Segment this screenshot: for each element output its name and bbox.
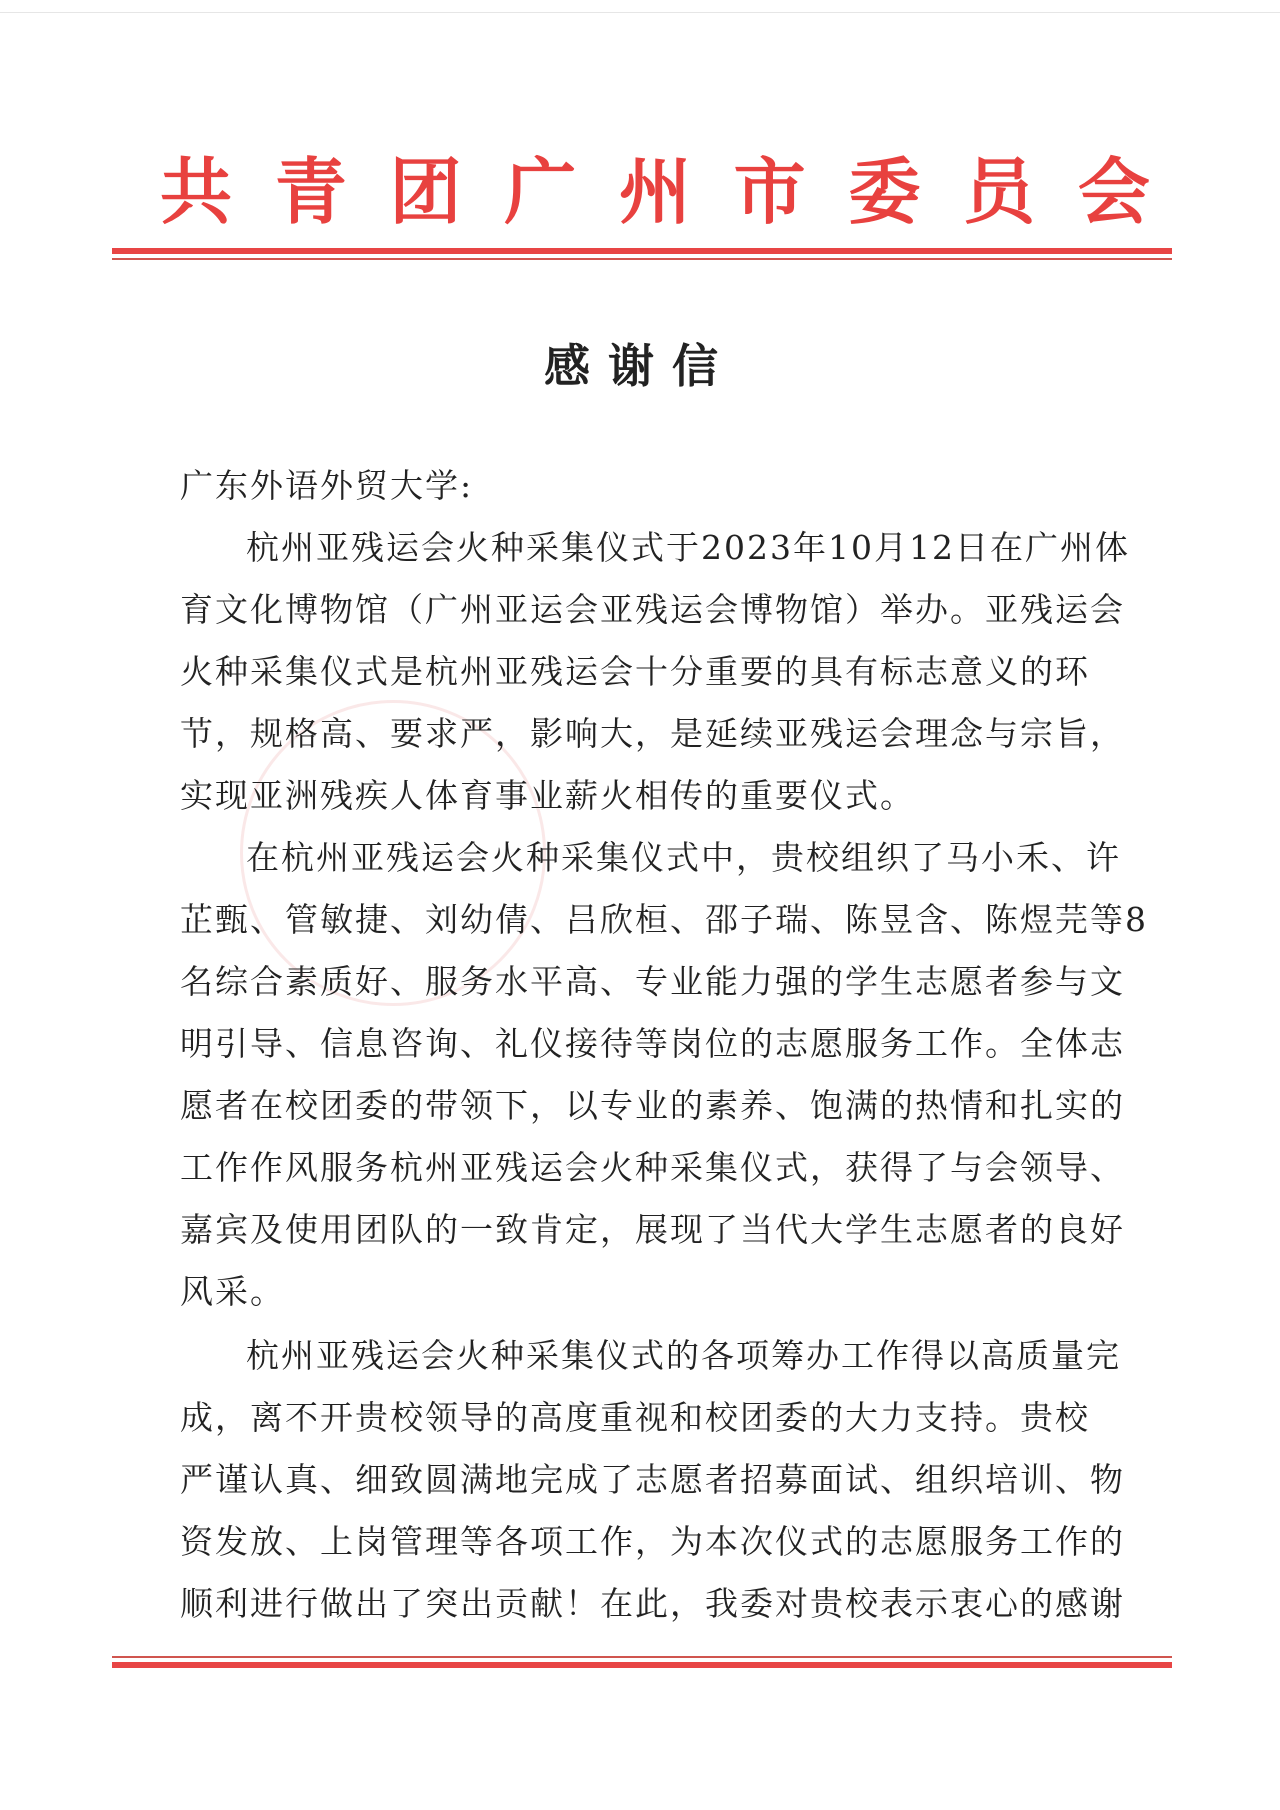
body-line: 实现亚洲残疾人体育事业薪火相传的重要仪式。 [180, 770, 915, 817]
header-rule-thin [112, 258, 1172, 260]
body-line: 顺利进行做出了突出贡献！在此，我委对贵校表示衷心的感谢 [180, 1578, 1125, 1625]
letterhead-char: 团 [389, 152, 461, 232]
letterhead-char: 会 [1078, 152, 1150, 232]
letterhead-org-name: 共 青 团 广 州 市 委 员 会 [160, 152, 1150, 232]
letterhead-char: 委 [848, 152, 920, 232]
body-line: 工作作风服务杭州亚残运会火种采集仪式，获得了与会领导、 [180, 1142, 1125, 1189]
body-line: 育文化博物馆（广州亚运会亚残运会博物馆）举办。亚残运会 [180, 584, 1125, 631]
document-title: 感谢信 [0, 330, 1280, 396]
body-line: 杭州亚残运会火种采集仪式的各项筹办工作得以高质量完 [246, 1330, 1121, 1377]
body-line: 芷甄、管敏捷、刘幼倩、吕欣桓、邵子瑞、陈昱含、陈煜芫等8 [180, 894, 1148, 941]
body-line: 在杭州亚残运会火种采集仪式中，贵校组织了马小禾、许 [246, 832, 1121, 879]
body-line: 明引导、信息咨询、礼仪接待等岗位的志愿服务工作。全体志 [180, 1018, 1125, 1065]
body-line: 严谨认真、细致圆满地完成了志愿者招募面试、组织培训、物 [180, 1454, 1125, 1501]
footer-rule-thin [112, 1656, 1172, 1658]
body-line: 火种采集仪式是杭州亚残运会十分重要的具有标志意义的环 [180, 646, 1090, 693]
page-top-edge [0, 12, 1280, 13]
body-line: 风采。 [180, 1266, 285, 1313]
body-line: 杭州亚残运会火种采集仪式于2023年10月12日在广州体 [246, 522, 1130, 569]
body-line: 节，规格高、要求严，影响大，是延续亚残运会理念与宗旨， [180, 708, 1125, 755]
letterhead-char: 市 [734, 152, 806, 232]
recipient: 广东外语外贸大学: [180, 460, 473, 507]
body-line: 资发放、上岗管理等各项工作，为本次仪式的志愿服务工作的 [180, 1516, 1125, 1563]
letterhead-char: 广 [504, 152, 576, 232]
body-line: 成，离不开贵校领导的高度重视和校团委的大力支持。贵校 [180, 1392, 1090, 1439]
footer-rule-thick [112, 1662, 1172, 1668]
body-line: 名综合素质好、服务水平高、专业能力强的学生志愿者参与文 [180, 956, 1125, 1003]
header-rule-thick [112, 248, 1172, 254]
letterhead-char: 州 [619, 152, 691, 232]
letterhead-char: 青 [275, 152, 347, 232]
letterhead-char: 员 [963, 152, 1035, 232]
body-line: 嘉宾及使用团队的一致肯定，展现了当代大学生志愿者的良好 [180, 1204, 1125, 1251]
body-line: 愿者在校团委的带领下，以专业的素养、饱满的热情和扎实的 [180, 1080, 1125, 1127]
letterhead-char: 共 [160, 152, 232, 232]
